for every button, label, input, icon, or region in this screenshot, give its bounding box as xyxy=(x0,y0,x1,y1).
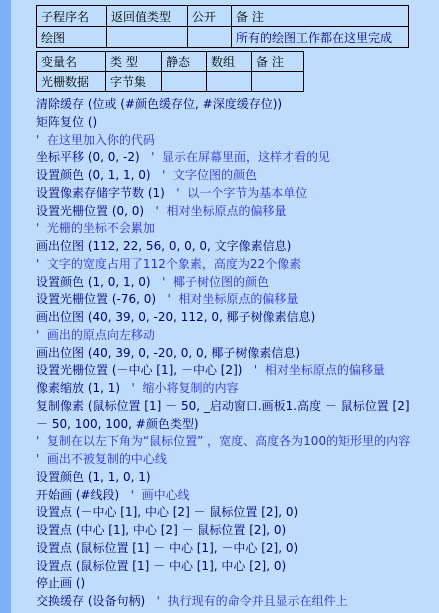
header-cell: 子程序名 xyxy=(37,6,107,27)
statement-text: 交换缓存 (设备句柄) xyxy=(36,594,145,608)
comment-text: ' 显示在屏幕里面，这样才看的见 xyxy=(151,150,330,164)
data-cell[interactable]: 光栅数据 xyxy=(37,72,106,92)
code-line[interactable]: 设置点 (鼠标位置 [1] － 中心 [1], －中心 [2], 0) xyxy=(36,540,439,558)
header-cell: 数组 xyxy=(207,52,252,72)
comment-text: ' 缩小将复制的内容 xyxy=(132,381,239,395)
comment-text: ' 椰子树位图的颜色 xyxy=(162,275,269,289)
code-comment-gap xyxy=(120,381,131,395)
code-line[interactable]: 设置颜色 (1, 1, 0, 1) xyxy=(36,469,439,487)
data-cell[interactable] xyxy=(188,27,232,48)
code-line[interactable]: 设置点 (鼠标位置 [1] － 中心 [1], 中心 [2], 0) xyxy=(36,558,439,576)
code-line[interactable]: 停止画 () xyxy=(36,575,439,593)
code-line[interactable]: 设置光栅位置 (-76, 0) ' 相对坐标原点的偏移量 xyxy=(36,291,439,309)
code-line[interactable]: 交换缓存 (设备句柄) ' 执行现有的命令并且显示在组件上 xyxy=(36,593,439,611)
data-cell[interactable] xyxy=(252,72,304,92)
code-comment-gap xyxy=(156,292,167,306)
code-line[interactable]: ' 在这里加入你的代码 xyxy=(36,132,439,150)
code-line[interactable]: 画出位图 (40, 39, 0, -20, 0, 0, 椰子树像素信息) xyxy=(36,345,439,363)
header-cell: 类 型 xyxy=(106,52,162,72)
table-header-row: 变量名类 型静态数组备 注 xyxy=(37,52,304,72)
data-cell[interactable]: 字节集 xyxy=(106,72,162,92)
comment-text: ' 文字的宽度占用了112个象素，高度为22个像素 xyxy=(36,257,301,271)
code-line[interactable]: 设置点 (中心 [1], 中心 [2] － 鼠标位置 [2], 0) xyxy=(36,522,439,540)
header-cell: 公开 xyxy=(188,6,232,27)
code-line[interactable]: 清除缓存 (位或 (#颜色缓存位, #深度缓存位)) xyxy=(36,96,439,114)
subroutine-definition-table: 子程序名返回值类型公开备 注绘图所有的绘图工作都在这里完成 xyxy=(36,5,409,48)
code-editor-area[interactable]: 清除缓存 (位或 (#颜色缓存位, #深度缓存位))矩阵复位 ()' 在这里加入… xyxy=(36,96,439,611)
statement-text: 设置点 (中心 [1], 中心 [2] － 鼠标位置 [2], 0) xyxy=(36,523,286,537)
header-cell: 备 注 xyxy=(232,6,409,27)
code-line[interactable]: 设置光栅位置 (0, 0) ' 相对坐标原点的偏移量 xyxy=(36,203,439,221)
code-line[interactable]: 设置像素存储字节数 (1) ' 以一个字节为基本单位 xyxy=(36,185,439,203)
comment-text: ' 画中心线 xyxy=(131,488,190,502)
comment-text: ' 画出不被复制的中心线 xyxy=(36,452,167,466)
statement-text: 画出位图 (40, 39, 0, -20, 0, 0, 椰子树像素信息) xyxy=(36,346,300,360)
code-line[interactable]: 开始画 (#线段) ' 画中心线 xyxy=(36,487,439,505)
code-line[interactable]: ' 光栅的坐标不会累加 xyxy=(36,220,439,238)
statement-text: 设置点 (鼠标位置 [1] － 中心 [1], －中心 [2], 0) xyxy=(36,541,298,555)
statement-text: 清除缓存 (位或 (#颜色缓存位, #深度缓存位)) xyxy=(36,97,282,111)
code-line[interactable]: 画出位图 (112, 22, 56, 0, 0, 0, 文字像素信息) xyxy=(36,238,439,256)
code-line[interactable]: 设置光栅位置 (－中心 [1], －中心 [2]) ' 相对坐标原点的偏移量 xyxy=(36,362,439,380)
comment-text: ' 相对坐标原点的偏移量 xyxy=(156,204,287,218)
statement-text: 设置点 (－中心 [1], 中心 [2] － 鼠标位置 [2], 0) xyxy=(36,505,298,519)
comment-text: ' 复制在以左下角为“鼠标位置” ，宽度、高度各为100的矩形里的内容 xyxy=(36,434,410,448)
statement-text: 设置点 (鼠标位置 [1] － 中心 [1], 中心 [2], 0) xyxy=(36,559,286,573)
data-cell[interactable] xyxy=(162,72,207,92)
code-line[interactable]: ' 画出的原点向左移动 xyxy=(36,327,439,345)
code-line[interactable]: 设置颜色 (0, 1, 1, 0) ' 文字位图的颜色 xyxy=(36,167,439,185)
statement-text: 设置颜色 (1, 1, 0, 1) xyxy=(36,470,151,484)
code-line[interactable]: 像素缩放 (1, 1) ' 缩小将复制的内容 xyxy=(36,380,439,398)
header-cell: 返回值类型 xyxy=(107,6,188,27)
code-line[interactable]: － 50, 100, 100, #颜色类型) xyxy=(36,416,439,434)
statement-text: 开始画 (#线段) xyxy=(36,488,119,502)
statement-text: 像素缩放 (1, 1) xyxy=(36,381,120,395)
code-line[interactable]: 坐标平移 (0, 0, -2) ' 显示在屏幕里面，这样才看的见 xyxy=(36,149,439,167)
code-comment-gap xyxy=(242,363,253,377)
table-row: 绘图所有的绘图工作都在这里完成 xyxy=(37,27,409,48)
code-line[interactable]: 复制像素 (鼠标位置 [1] － 50, _启动窗口.画板1.高度 － 鼠标位置… xyxy=(36,398,439,416)
code-comment-gap xyxy=(165,186,176,200)
comment-text: ' 相对坐标原点的偏移量 xyxy=(168,292,299,306)
header-cell: 静态 xyxy=(162,52,207,72)
header-cell: 备 注 xyxy=(252,52,304,72)
comment-text: ' 画出的原点向左移动 xyxy=(36,328,155,342)
table-header-row: 子程序名返回值类型公开备 注 xyxy=(37,6,409,27)
comment-text: ' 执行现有的命令并且显示在组件上 xyxy=(157,594,348,608)
code-comment-gap xyxy=(145,594,156,608)
statement-text: 坐标平移 (0, 0, -2) xyxy=(36,150,140,164)
comment-text: ' 相对坐标原点的偏移量 xyxy=(254,363,385,377)
statement-text: 设置光栅位置 (－中心 [1], －中心 [2]) xyxy=(36,363,242,377)
data-cell[interactable] xyxy=(207,72,252,92)
code-line[interactable]: ' 画出不被复制的中心线 xyxy=(36,451,439,469)
comment-text: ' 文字位图的颜色 xyxy=(162,168,257,182)
code-line[interactable]: 矩阵复位 () xyxy=(36,114,439,132)
statement-text: 设置光栅位置 (0, 0) xyxy=(36,204,144,218)
statement-text: 画出位图 (40, 39, 0, -20, 112, 0, 椰子树像素信息) xyxy=(36,310,315,324)
statement-text: 矩阵复位 () xyxy=(36,115,97,129)
table-row: 光栅数据字节集 xyxy=(37,72,304,92)
statement-text: 复制像素 (鼠标位置 [1] － 50, _启动窗口.画板1.高度 － 鼠标位置… xyxy=(36,399,410,413)
statement-text: 停止画 () xyxy=(36,576,85,590)
local-variable-table: 变量名类 型静态数组备 注光栅数据字节集 xyxy=(36,51,304,92)
code-comment-gap xyxy=(140,150,151,164)
code-comment-gap xyxy=(144,204,155,218)
statement-text: 画出位图 (112, 22, 56, 0, 0, 0, 文字像素信息) xyxy=(36,239,291,253)
data-cell[interactable]: 绘图 xyxy=(37,27,107,48)
code-comment-gap xyxy=(151,168,162,182)
data-cell[interactable] xyxy=(107,27,188,48)
data-cell[interactable]: 所有的绘图工作都在这里完成 xyxy=(232,27,409,48)
header-cell: 变量名 xyxy=(37,52,106,72)
code-line[interactable]: 设置点 (－中心 [1], 中心 [2] － 鼠标位置 [2], 0) xyxy=(36,504,439,522)
comment-text: ' 在这里加入你的代码 xyxy=(36,133,155,147)
comment-text: ' 光栅的坐标不会累加 xyxy=(36,221,155,235)
code-line[interactable]: 设置颜色 (1, 0, 1, 0) ' 椰子树位图的颜色 xyxy=(36,274,439,292)
comment-text: ' 以一个字节为基本单位 xyxy=(176,186,307,200)
statement-text: 设置颜色 (0, 1, 1, 0) xyxy=(36,168,151,182)
editor-gutter-strip xyxy=(0,0,11,613)
code-comment-gap xyxy=(119,488,130,502)
code-line[interactable]: ' 复制在以左下角为“鼠标位置” ，宽度、高度各为100的矩形里的内容 xyxy=(36,433,439,451)
statement-text: 设置像素存储字节数 (1) xyxy=(36,186,165,200)
code-line[interactable]: 画出位图 (40, 39, 0, -20, 112, 0, 椰子树像素信息) xyxy=(36,309,439,327)
code-comment-gap xyxy=(151,275,162,289)
statement-text: 设置光栅位置 (-76, 0) xyxy=(36,292,156,306)
code-line[interactable]: ' 文字的宽度占用了112个象素，高度为22个像素 xyxy=(36,256,439,274)
statement-text: － 50, 100, 100, #颜色类型) xyxy=(36,417,199,431)
statement-text: 设置颜色 (1, 0, 1, 0) xyxy=(36,275,151,289)
